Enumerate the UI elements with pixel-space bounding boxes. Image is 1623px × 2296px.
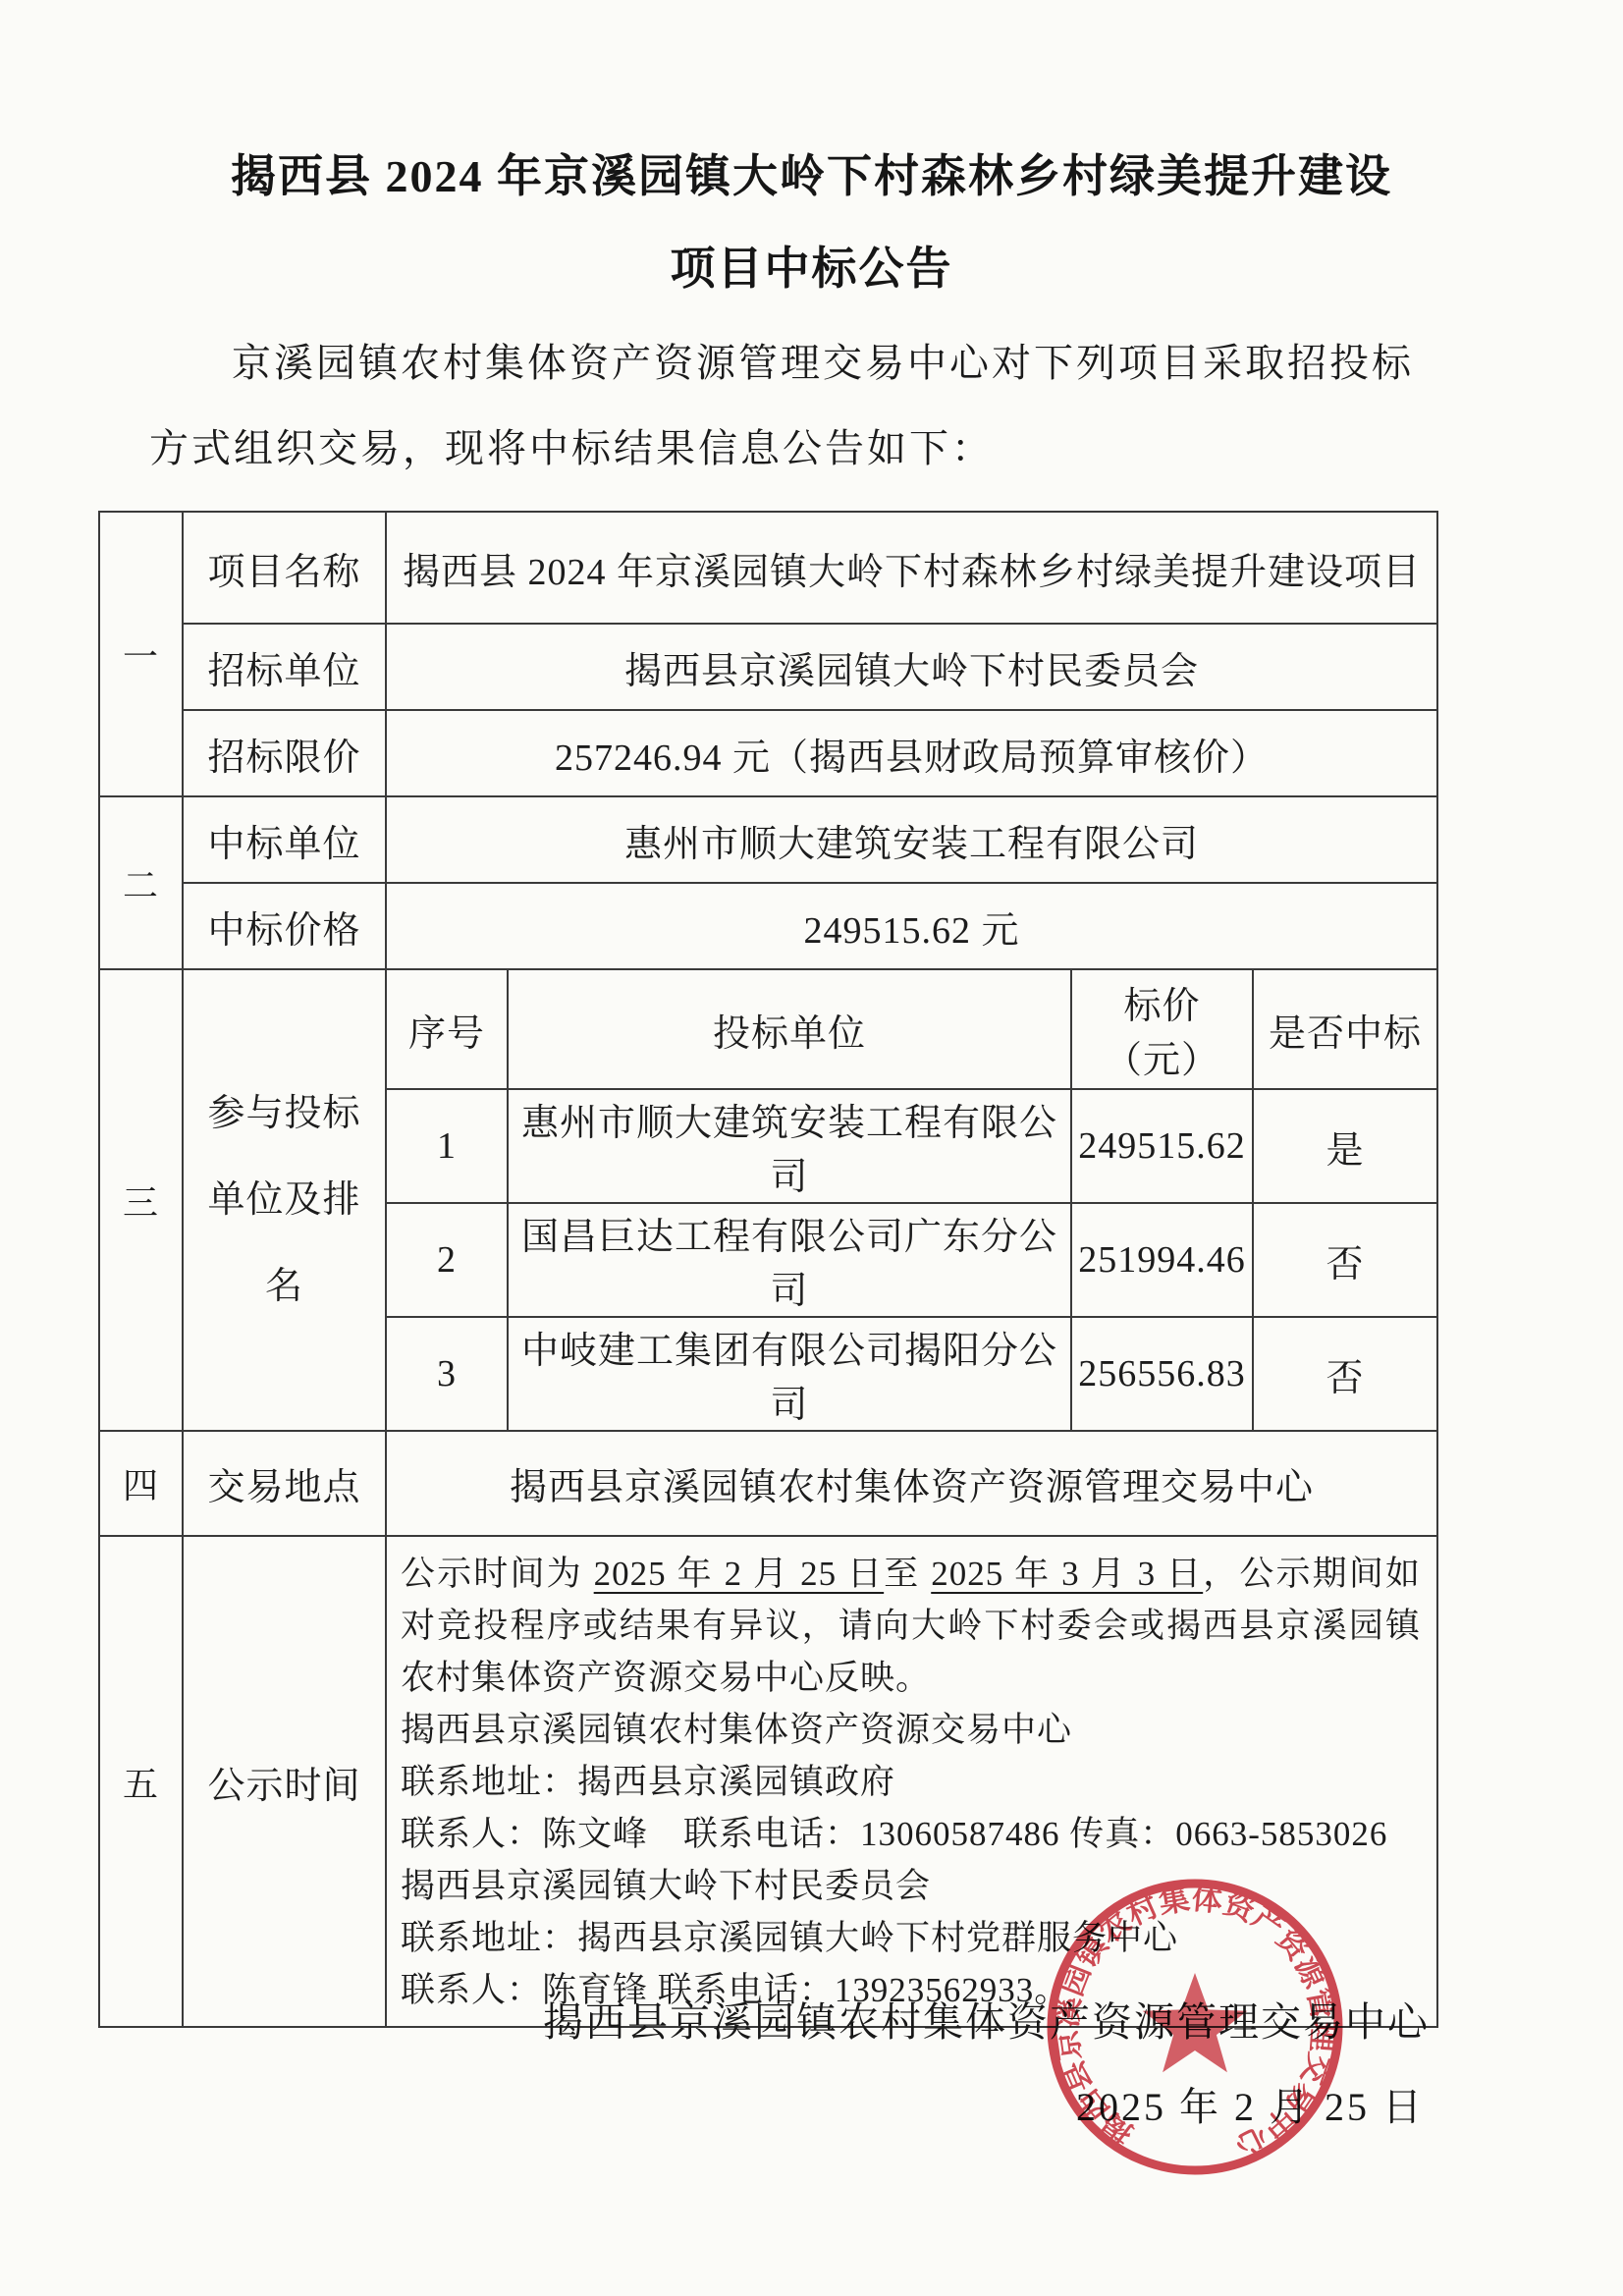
bid-no: 2 (386, 1203, 508, 1317)
row-label-trade-place: 交易地点 (183, 1431, 386, 1536)
bid-bidder: 中岐建工集团有限公司揭阳分公司 (508, 1317, 1071, 1431)
section3-number: 三 (99, 969, 183, 1431)
row-label-price-limit: 招标限价 (183, 710, 386, 796)
intro-paragraph: 京溪园镇农村集体资产资源管理交易中心对下列项目采取招投标 方式组织交易，现将中标… (149, 320, 1437, 491)
bid-bidder: 国昌巨达工程有限公司广东分公司 (508, 1203, 1071, 1317)
intro-line2: 方式组织交易，现将中标结果信息公告如下： (149, 426, 994, 470)
row-label-publicity-period: 公示时间 (183, 1536, 386, 2027)
row-value-trade-place: 揭西县京溪园镇农村集体资产资源管理交易中心 (386, 1431, 1437, 1536)
star-icon (1143, 1973, 1248, 2072)
notice-paragraph: 公示时间为 2025 年 2 月 25 日至 2025 年 3 月 3 日，公示… (401, 1548, 1421, 1704)
bid-win: 是 (1253, 1089, 1437, 1203)
bid-header-win: 是否中标 (1253, 969, 1437, 1089)
row-value-winner-unit: 惠州市顺大建筑安装工程有限公司 (386, 796, 1437, 883)
scanned-announcement-page: 揭西县 2024 年京溪园镇大岭下村森林乡村绿美提升建设 项目中标公告 京溪园镇… (0, 0, 1623, 2296)
page-title-line1: 揭西县 2024 年京溪园镇大岭下村森林乡村绿美提升建设 (0, 131, 1623, 223)
table-row: 二 中标单位 惠州市顺大建筑安装工程有限公司 (99, 796, 1437, 883)
row-label-tender-unit: 招标单位 (183, 624, 386, 710)
row-label-winner-unit: 中标单位 (183, 796, 386, 883)
row-value-tender-unit: 揭西县京溪园镇大岭下村民委员会 (386, 624, 1437, 710)
table-row: 招标限价 257246.94 元（揭西县财政局预算审核价） (99, 710, 1437, 796)
bid-bidder: 惠州市顺大建筑安装工程有限公司 (508, 1089, 1071, 1203)
bid-win: 否 (1253, 1317, 1437, 1431)
bid-header-bidder: 投标单位 (508, 969, 1071, 1089)
bid-header-no: 序号 (386, 969, 508, 1089)
official-seal: 揭西县京溪园镇农村集体资产资源管理交易中心 (1018, 1850, 1372, 2204)
row-value-winning-price: 249515.62 元 (386, 883, 1437, 969)
section1-number: 一 (99, 512, 183, 796)
announcement-table: 一 项目名称 揭西县 2024 年京溪园镇大岭下村森林乡村绿美提升建设项目 招标… (98, 511, 1438, 2028)
bid-table-header-row: 三 参与投标 单位及排 名 序号 投标单位 标价（元） 是否中标 (99, 969, 1437, 1089)
bid-no: 3 (386, 1317, 508, 1431)
bid-no: 1 (386, 1089, 508, 1203)
bid-win: 否 (1253, 1203, 1437, 1317)
row-label-bidders-ranking: 参与投标 单位及排 名 (183, 969, 386, 1431)
row-label-project-name: 项目名称 (183, 512, 386, 624)
notice-text: 至 (884, 1555, 931, 1593)
bid-price: 256556.83 (1071, 1317, 1253, 1431)
page-title: 揭西县 2024 年京溪园镇大岭下村森林乡村绿美提升建设 项目中标公告 (0, 131, 1623, 315)
notice-end-date: 2025 年 3 月 3 日 (931, 1555, 1203, 1593)
bidders-label-line3: 名 (265, 1266, 303, 1307)
row-value-project-name: 揭西县 2024 年京溪园镇大岭下村森林乡村绿美提升建设项目 (386, 512, 1437, 624)
notice-line: 揭西县京溪园镇农村集体资产资源交易中心 (401, 1704, 1421, 1756)
table-row: 一 项目名称 揭西县 2024 年京溪园镇大岭下村森林乡村绿美提升建设项目 (99, 512, 1437, 624)
intro-line1: 京溪园镇农村集体资产资源管理交易中心对下列项目采取招投标 (232, 341, 1414, 385)
bid-price: 251994.46 (1071, 1203, 1253, 1317)
bidders-label-line1: 参与投标 (207, 1093, 360, 1134)
notice-start-date: 2025 年 2 月 25 日 (594, 1555, 884, 1593)
section5-number: 五 (99, 1536, 183, 2027)
table-row: 中标价格 249515.62 元 (99, 883, 1437, 969)
page-title-line2: 项目中标公告 (0, 223, 1623, 315)
bid-price: 249515.62 (1071, 1089, 1253, 1203)
row-label-winning-price: 中标价格 (183, 883, 386, 969)
table-row: 四 交易地点 揭西县京溪园镇农村集体资产资源管理交易中心 (99, 1431, 1437, 1536)
notice-text: 公示时间为 (401, 1555, 594, 1593)
bidders-label-line2: 单位及排 (207, 1179, 360, 1221)
row-value-price-limit: 257246.94 元（揭西县财政局预算审核价） (386, 710, 1437, 796)
table-row: 招标单位 揭西县京溪园镇大岭下村民委员会 (99, 624, 1437, 710)
bid-header-price: 标价（元） (1071, 969, 1253, 1089)
section2-number: 二 (99, 796, 183, 969)
section4-number: 四 (99, 1431, 183, 1536)
notice-line: 联系地址：揭西县京溪园镇政府 (401, 1756, 1421, 1808)
